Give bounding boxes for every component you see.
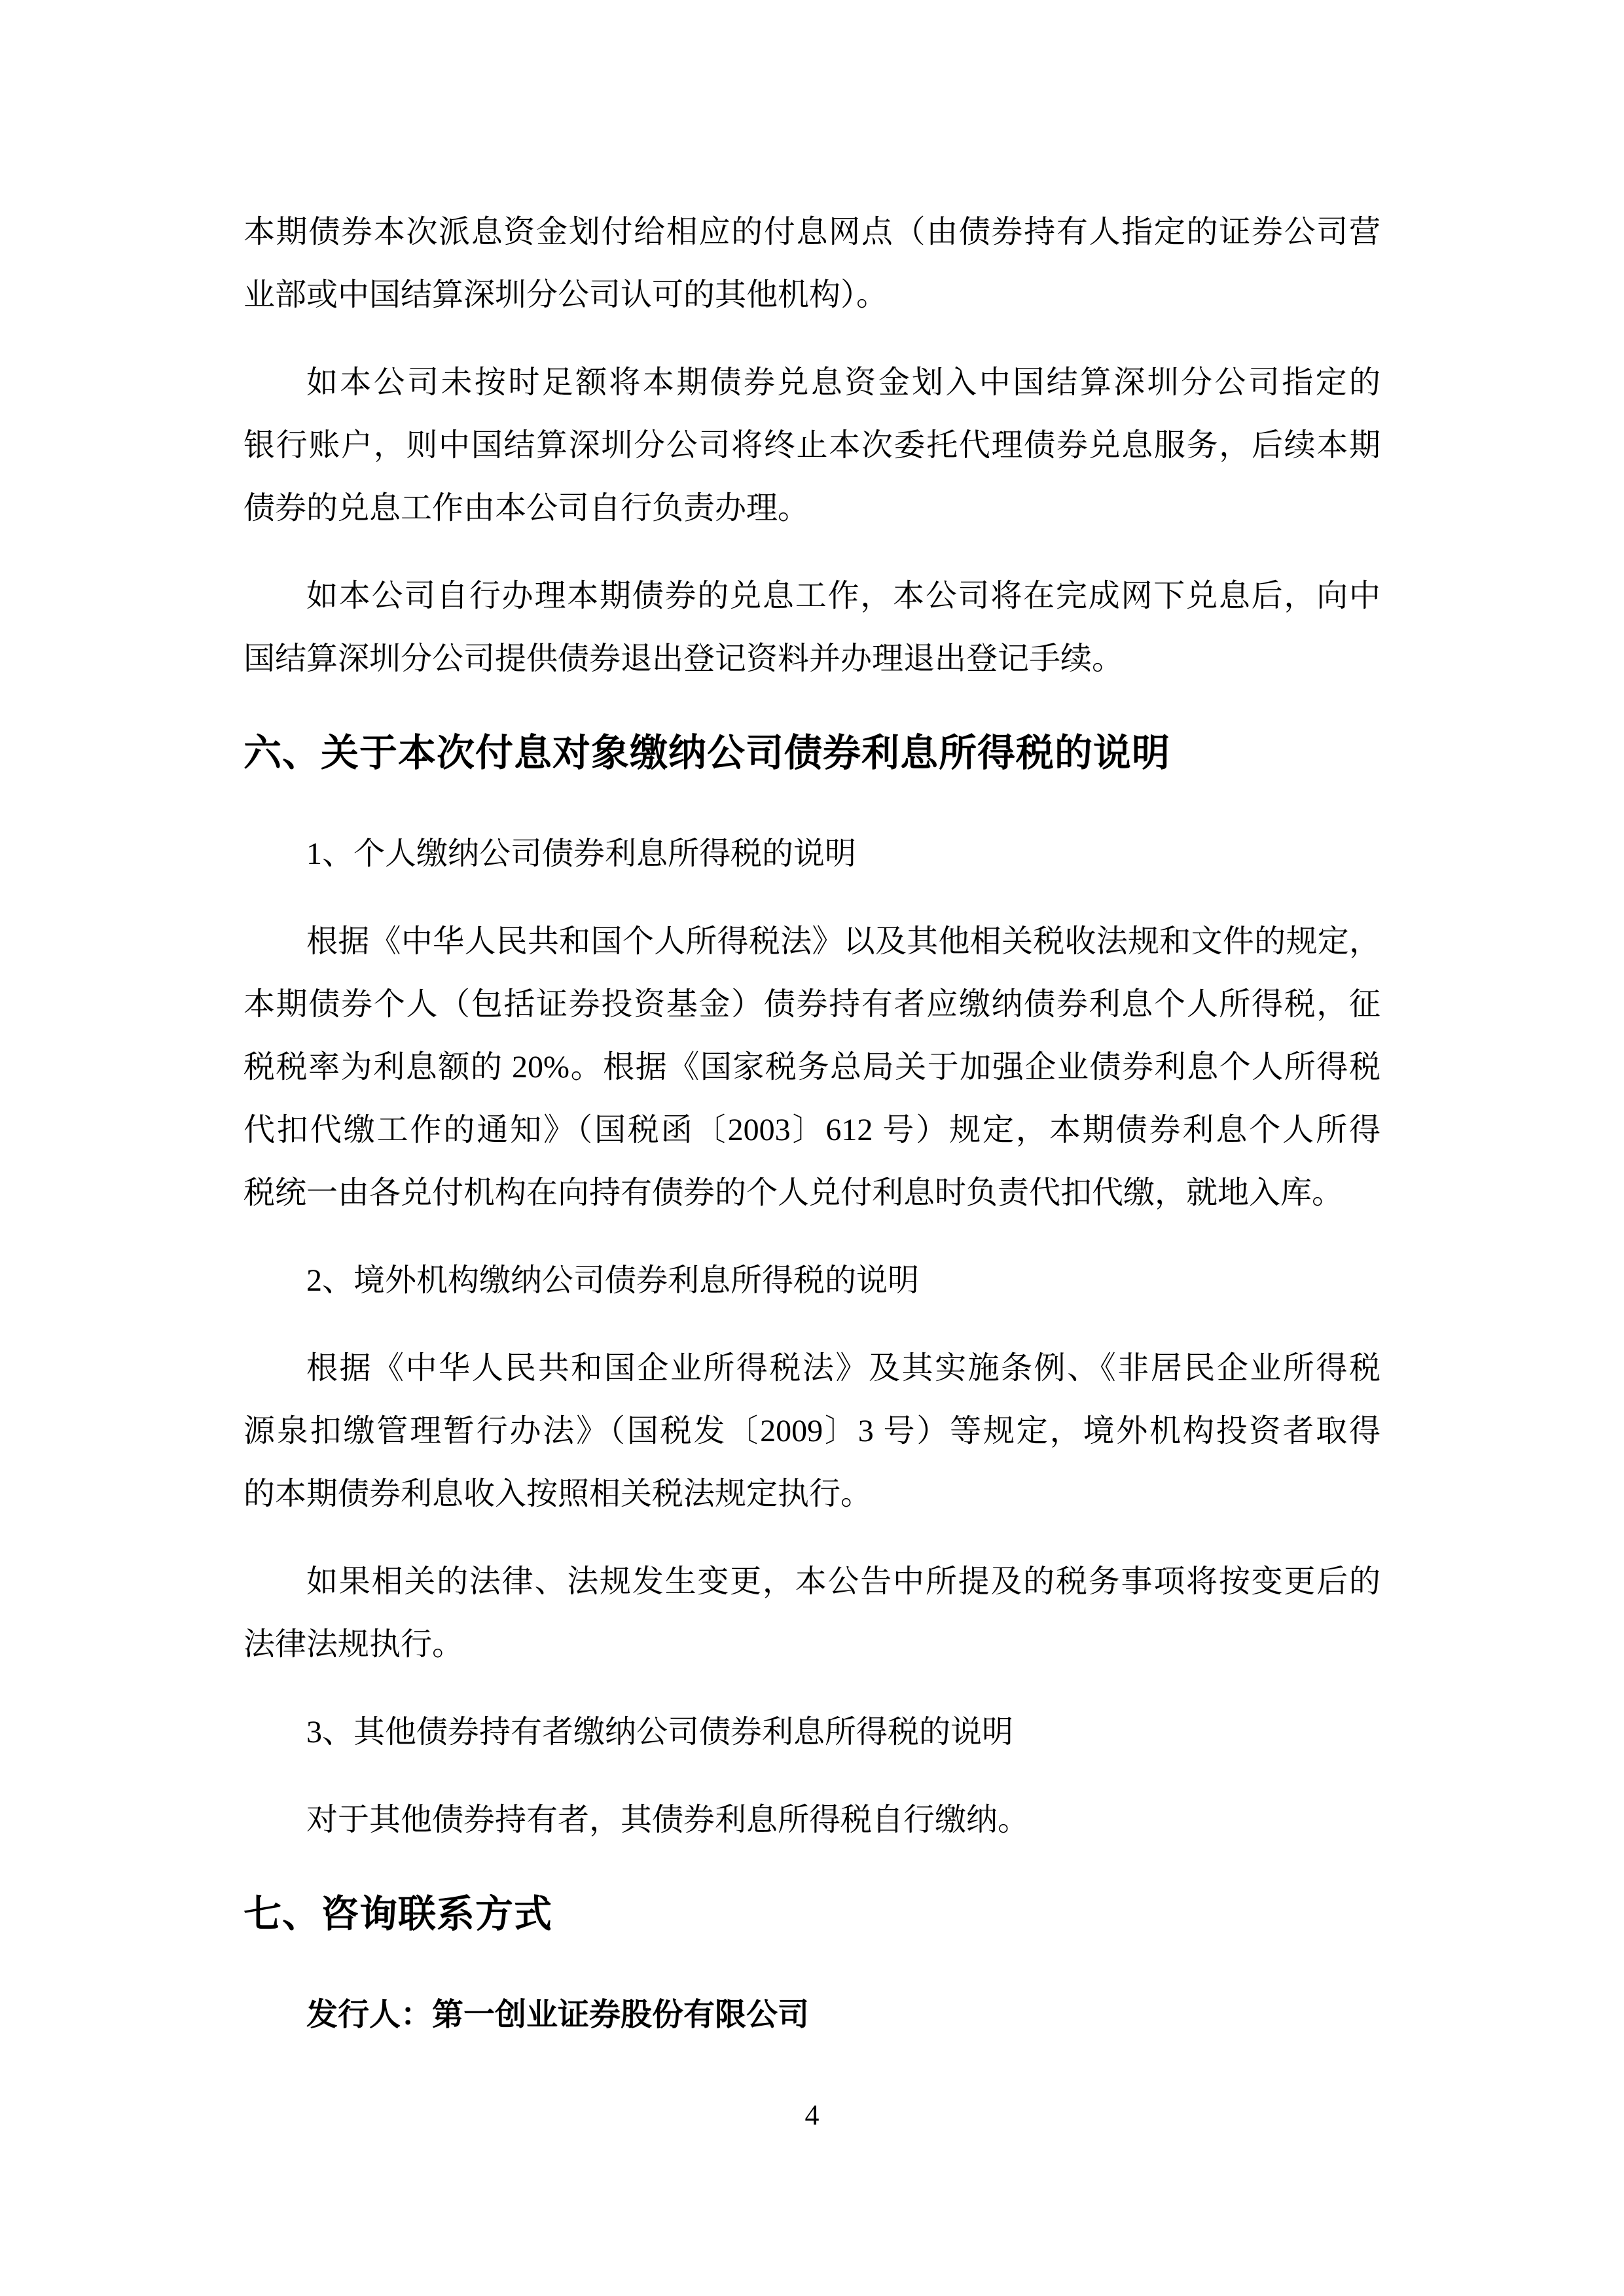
- text-line: 国结算深圳分公司提供债券退出登记资料并办理退出登记手续。: [244, 628, 1380, 691]
- text-line: 本期债券本次派息资金划付给相应的付息网点（由债券持有人指定的证券公司营: [244, 201, 1380, 264]
- paragraph: 2、境外机构缴纳公司债券利息所得税的说明: [244, 1249, 1380, 1312]
- page-number: 4: [805, 2099, 820, 2131]
- text-line: 代扣代缴工作的通知》（国税函〔2003〕612 号）规定，本期债券利息个人所得: [244, 1099, 1380, 1162]
- text-line: 业部或中国结算深圳分公司认可的其他机构）。: [244, 264, 1380, 327]
- text-line: 3、其他债券持有者缴纳公司债券利息所得税的说明: [244, 1701, 1380, 1764]
- section-heading: 七、咨询联系方式: [244, 1876, 1380, 1952]
- text-line: 税税率为利息额的 20%。根据《国家税务总局关于加强企业债券利息个人所得税: [244, 1036, 1380, 1099]
- paragraph: 1、个人缴纳公司债券利息所得税的说明: [244, 823, 1380, 886]
- paragraph: 对于其他债券持有者，其债券利息所得税自行缴纳。: [244, 1789, 1380, 1852]
- document-page: 本期债券本次派息资金划付给相应的付息网点（由债券持有人指定的证券公司营业部或中国…: [0, 0, 1624, 2296]
- text-line: 对于其他债券持有者，其债券利息所得税自行缴纳。: [244, 1789, 1380, 1852]
- document-body: 本期债券本次派息资金划付给相应的付息网点（由债券持有人指定的证券公司营业部或中国…: [244, 201, 1380, 2072]
- paragraph: 如本公司未按时足额将本期债券兑息资金划入中国结算深圳分公司指定的银行账户，则中国…: [244, 351, 1380, 540]
- text-line: 法律法规执行。: [244, 1613, 1380, 1676]
- text-line: 源泉扣缴管理暂行办法》（国税发〔2009〕3 号）等规定，境外机构投资者取得: [244, 1400, 1380, 1463]
- text-line: 1、个人缴纳公司债券利息所得税的说明: [244, 823, 1380, 886]
- paragraph: 根据《中华人民共和国个人所得税法》以及其他相关税收法规和文件的规定，本期债券个人…: [244, 910, 1380, 1225]
- text-line: 发行人：第一创业证券股份有限公司: [244, 1984, 1380, 2047]
- paragraph: 本期债券本次派息资金划付给相应的付息网点（由债券持有人指定的证券公司营业部或中国…: [244, 201, 1380, 327]
- text-line: 税统一由各兑付机构在向持有债券的个人兑付利息时负责代扣代缴，就地入库。: [244, 1162, 1380, 1225]
- text-line: 的本期债券利息收入按照相关税法规定执行。: [244, 1463, 1380, 1526]
- section-heading: 六、关于本次付息对象缴纳公司债券利息所得税的说明: [244, 715, 1380, 791]
- text-line: 债券的兑息工作由本公司自行负责办理。: [244, 477, 1380, 540]
- text-line: 本期债券个人（包括证券投资基金）债券持有者应缴纳债券利息个人所得税，征: [244, 973, 1380, 1036]
- paragraph: 如果相关的法律、法规发生变更，本公告中所提及的税务事项将按变更后的法律法规执行。: [244, 1551, 1380, 1676]
- text-line: 根据《中华人民共和国个人所得税法》以及其他相关税收法规和文件的规定，: [244, 910, 1380, 973]
- text-line: 根据《中华人民共和国企业所得税法》及其实施条例、《非居民企业所得税: [244, 1337, 1380, 1400]
- paragraph: 如本公司自行办理本期债券的兑息工作，本公司将在完成网下兑息后，向中国结算深圳分公…: [244, 565, 1380, 691]
- text-line: 2、境外机构缴纳公司债券利息所得税的说明: [244, 1249, 1380, 1312]
- text-line: 如本公司自行办理本期债券的兑息工作，本公司将在完成网下兑息后，向中: [244, 565, 1380, 628]
- text-line: 如本公司未按时足额将本期债券兑息资金划入中国结算深圳分公司指定的: [244, 351, 1380, 414]
- paragraph: 3、其他债券持有者缴纳公司债券利息所得税的说明: [244, 1701, 1380, 1764]
- paragraph: 发行人：第一创业证券股份有限公司: [244, 1984, 1380, 2047]
- page-footer: 4: [0, 2096, 1624, 2135]
- paragraph: 根据《中华人民共和国企业所得税法》及其实施条例、《非居民企业所得税源泉扣缴管理暂…: [244, 1337, 1380, 1526]
- text-line: 如果相关的法律、法规发生变更，本公告中所提及的税务事项将按变更后的: [244, 1551, 1380, 1613]
- text-line: 银行账户，则中国结算深圳分公司将终止本次委托代理债券兑息服务，后续本期: [244, 414, 1380, 477]
